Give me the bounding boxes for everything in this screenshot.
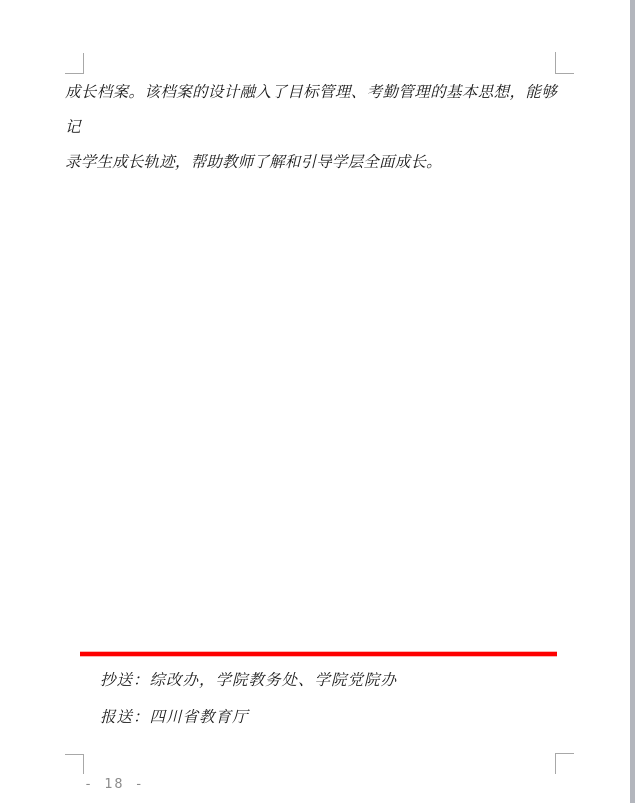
page-number: - 18 - (84, 776, 145, 792)
report-recipients-line: 报送：四川省教育厅 (100, 709, 249, 727)
paragraph-line: 录学生成长轨迹，帮助教师了解和引导学层全面成长。 (65, 145, 557, 180)
paragraph-line: 成长档案。该档案的设计融入了目标管理、考勤管理的基本思想，能够记 (65, 75, 557, 145)
text-boundary-mark-top-left (65, 53, 84, 74)
text-boundary-mark-bottom-right (555, 753, 574, 774)
text-boundary-mark-bottom-left (65, 754, 84, 774)
window-right-edge (630, 0, 635, 803)
footer-separator-line (80, 652, 557, 656)
text-boundary-mark-top-right (555, 52, 574, 74)
body-paragraph: 成长档案。该档案的设计融入了目标管理、考勤管理的基本思想，能够记 录学生成长轨迹… (65, 75, 557, 180)
document-page: 成长档案。该档案的设计融入了目标管理、考勤管理的基本思想，能够记 录学生成长轨迹… (0, 0, 635, 803)
cc-recipients-line: 抄送：综改办，学院教务处、学院党院办 (100, 672, 397, 690)
